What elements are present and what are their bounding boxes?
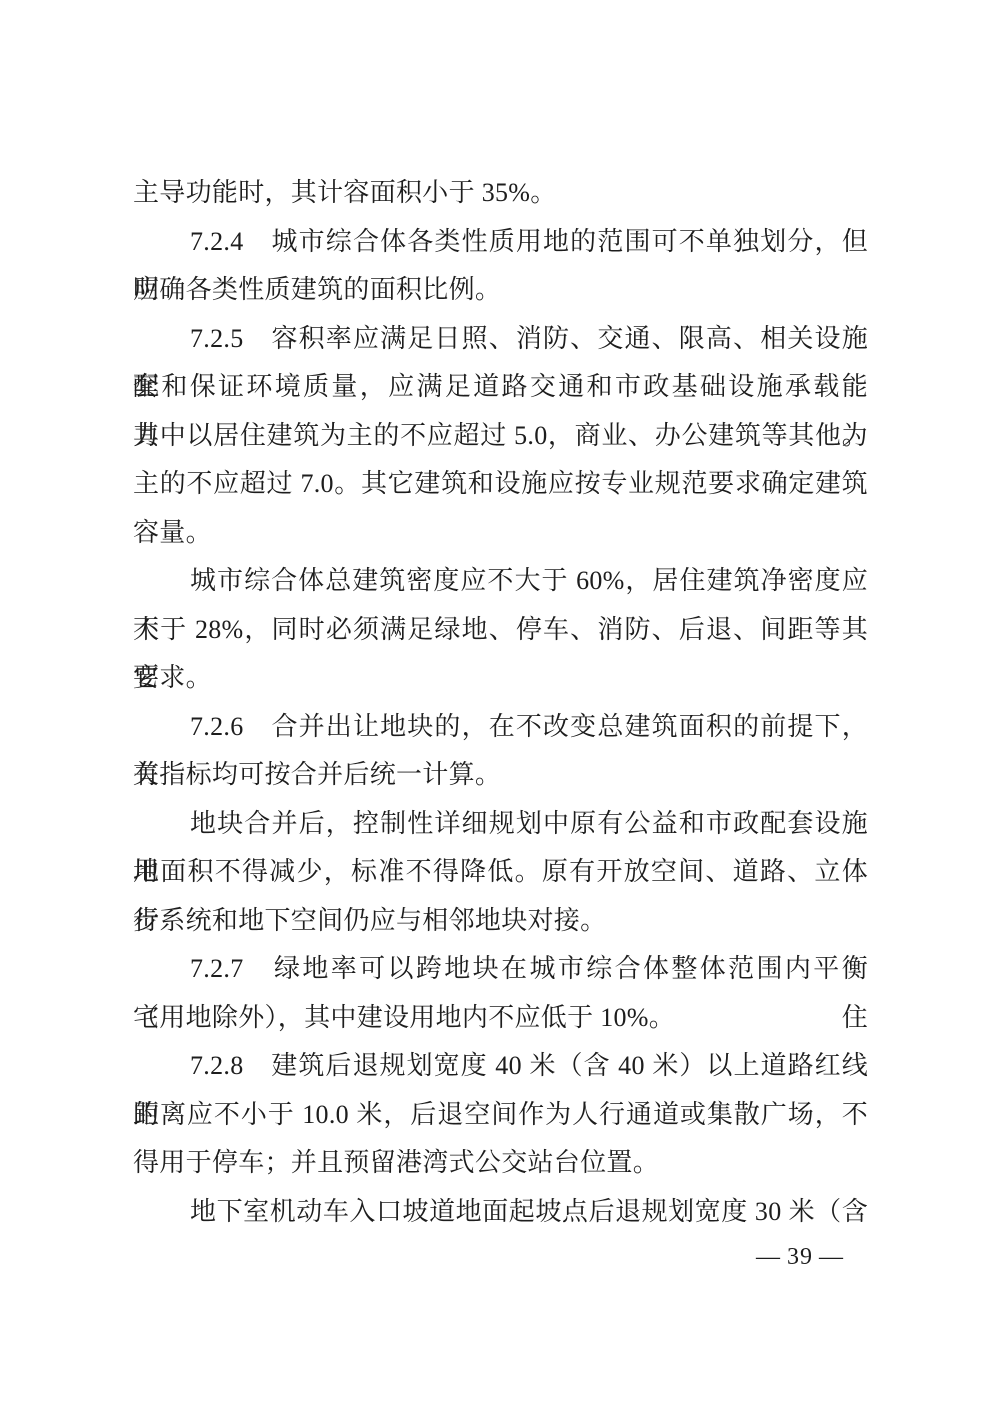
text-block: 主导功能时，其计容面积小于 35%。7.2.4 城市综合体各类性质用地的范围可不… bbox=[133, 169, 868, 1236]
text-line: 容量。 bbox=[133, 509, 868, 558]
page-footer: —39— bbox=[750, 1243, 850, 1271]
page-number: 39 bbox=[787, 1244, 813, 1270]
text-line: 主导功能时，其计容面积小于 35%。 bbox=[133, 169, 868, 218]
text-line: 7.2.7 绿地率可以跨地块在城市综合体整体范围内平衡（住 bbox=[133, 945, 868, 994]
text-line: 得用于停车；并且预留港湾式公交站台位置。 bbox=[133, 1139, 868, 1188]
text-line: 7.2.4 城市综合体各类性质用地的范围可不单独划分，但应 bbox=[133, 218, 868, 267]
text-line: 行系统和地下空间仍应与相邻地块对接。 bbox=[133, 897, 868, 946]
text-line: 主的不应超过 7.0。其它建筑和设施应按专业规范要求确定建筑 bbox=[133, 460, 868, 509]
text-line: 大于 28%，同时必须满足绿地、停车、消防、后退、间距等其它 bbox=[133, 606, 868, 655]
text-line: 7.2.8 建筑后退规划宽度 40 米（含 40 米）以上道路红线的 bbox=[133, 1042, 868, 1091]
text-line: 地面积不得减少，标准不得降低。原有开放空间、道路、立体步 bbox=[133, 848, 868, 897]
text-line: 关指标均可按合并后统一计算。 bbox=[133, 751, 868, 800]
text-line: 距离应不小于 10.0 米，后退空间作为人行通道或集散广场，不 bbox=[133, 1091, 868, 1140]
text-line: 要求。 bbox=[133, 654, 868, 703]
text-line: 套和保证环境质量，应满足道路交通和市政基础设施承载能力。 bbox=[133, 363, 868, 412]
text-line: 地下室机动车入口坡道地面起坡点后退规划宽度 30 米（含 bbox=[133, 1188, 868, 1237]
text-line: 7.2.6 合并出让地块的，在不改变总建筑面积的前提下，有 bbox=[133, 703, 868, 752]
text-line: 地块合并后，控制性详细规划中原有公益和市政配套设施用 bbox=[133, 800, 868, 849]
text-line: 城市综合体总建筑密度应不大于 60%，居住建筑净密度应不 bbox=[133, 557, 868, 606]
footer-dash-left: — bbox=[750, 1244, 787, 1270]
document-page: 主导功能时，其计容面积小于 35%。7.2.4 城市综合体各类性质用地的范围可不… bbox=[0, 0, 992, 1404]
text-line: 明确各类性质建筑的面积比例。 bbox=[133, 266, 868, 315]
text-line: 7.2.5 容积率应满足日照、消防、交通、限高、相关设施配 bbox=[133, 315, 868, 364]
text-line: 其中以居住建筑为主的不应超过 5.0，商业、办公建筑等其他为 bbox=[133, 412, 868, 461]
footer-dash-right: — bbox=[813, 1244, 850, 1270]
